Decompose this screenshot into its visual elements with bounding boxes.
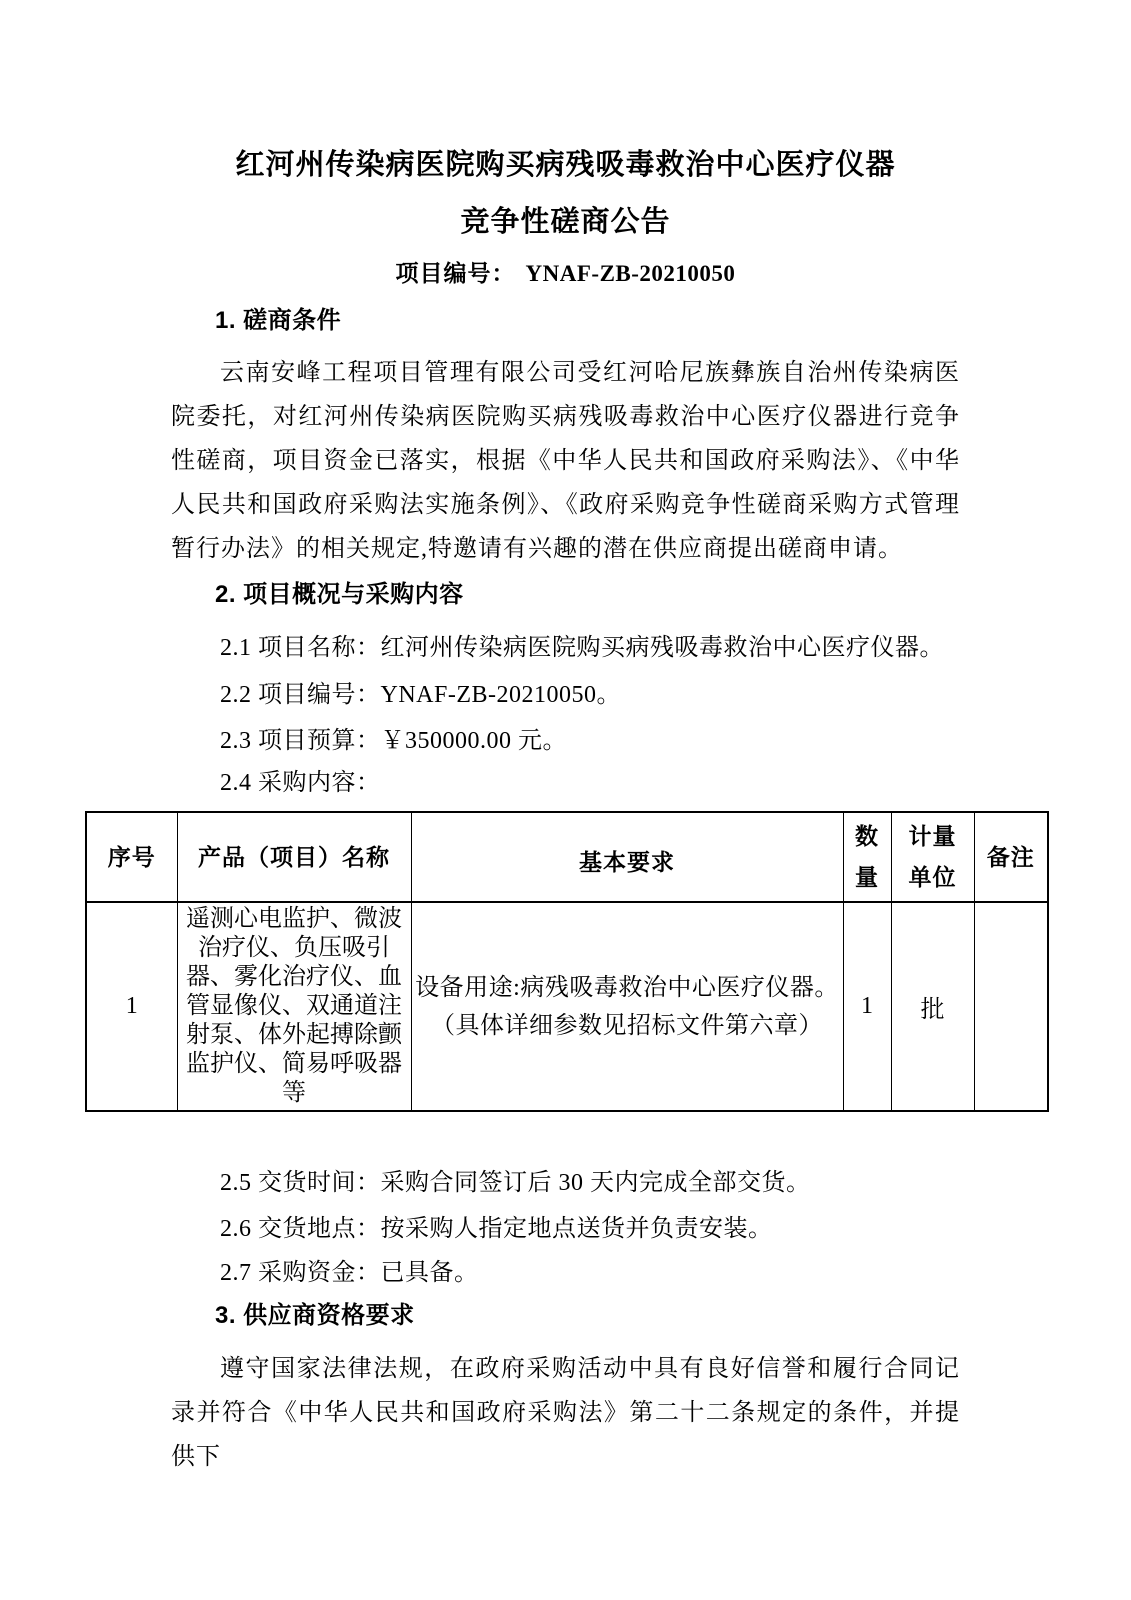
procurement-content-table: 序号 产品（项目）名称 基本要求 数 量 计量 单位 备注 1 遥测心电监护、微… [85, 811, 1049, 1112]
project-number-value: YNAF-ZB-20210050 [526, 261, 736, 286]
cell-seq-no: 1 [86, 902, 177, 1111]
col-header-product-name: 产品（项目）名称 [177, 812, 411, 902]
cell-remarks [974, 902, 1048, 1111]
project-number-label: 项目编号： [396, 260, 516, 286]
doc-title-line2: 竞争性磋商公告 [171, 202, 960, 242]
cell-basic-requirement: 设备用途:病残吸毒救治中心医疗仪器。 （具体详细参数见招标文件第六章） [411, 902, 843, 1111]
item-2-3-project-budget: 2.3 项目预算：￥350000.00 元。 [220, 721, 960, 761]
item-2-7-procurement-funds: 2.7 采购资金：已具备。 [220, 1253, 960, 1293]
table-header-row: 序号 产品（项目）名称 基本要求 数 量 计量 单位 备注 [86, 812, 1048, 902]
table-row: 1 遥测心电监护、微波治疗仪、负压吸引器、雾化治疗仪、血管显像仪、双通道注射泵、… [86, 902, 1048, 1111]
col-header-quantity: 数 量 [843, 812, 891, 902]
section-1-paragraph: 云南安峰工程项目管理有限公司受红河哈尼族彝族自治州传染病医院委托，对红河州传染病… [171, 351, 960, 571]
section-3-heading: 3. 供应商资格要求 [215, 1296, 960, 1336]
item-2-1-project-name: 2.1 项目名称：红河州传染病医院购买病残吸毒救治中心医疗仪器。 [220, 628, 960, 668]
col-header-unit: 计量 单位 [891, 812, 974, 902]
col-header-remarks: 备注 [974, 812, 1048, 902]
document-page: 红河州传染病医院购买病残吸毒救治中心医疗仪器 竞争性磋商公告 项目编号：YNAF… [0, 0, 1131, 1600]
project-number-line: 项目编号：YNAF-ZB-20210050 [171, 253, 960, 294]
doc-title-line1: 红河州传染病医院购买病残吸毒救治中心医疗仪器 [171, 145, 960, 185]
section-2-heading: 2. 项目概况与采购内容 [215, 575, 960, 615]
item-2-4-procurement-content: 2.4 采购内容： [220, 763, 960, 803]
col-header-basic-requirement: 基本要求 [411, 812, 843, 902]
cell-quantity: 1 [843, 902, 891, 1111]
cell-product-name: 遥测心电监护、微波治疗仪、负压吸引器、雾化治疗仪、血管显像仪、双通道注射泵、体外… [177, 902, 411, 1111]
document-content: 红河州传染病医院购买病残吸毒救治中心医疗仪器 竞争性磋商公告 项目编号：YNAF… [0, 145, 1131, 1479]
section-1-heading: 1. 磋商条件 [215, 301, 960, 341]
col-header-seq-no: 序号 [86, 812, 177, 902]
section-3-paragraph: 遵守国家法律法规，在政府采购活动中具有良好信誉和履行合同记录并符合《中华人民共和… [171, 1347, 960, 1479]
item-2-2-project-number: 2.2 项目编号：YNAF-ZB-20210050。 [220, 675, 960, 715]
item-2-5-delivery-time: 2.5 交货时间：采购合同签订后 30 天内完成全部交货。 [220, 1163, 960, 1203]
item-2-6-delivery-place: 2.6 交货地点：按采购人指定地点送货并负责安装。 [220, 1209, 960, 1249]
cell-unit: 批 [891, 902, 974, 1111]
